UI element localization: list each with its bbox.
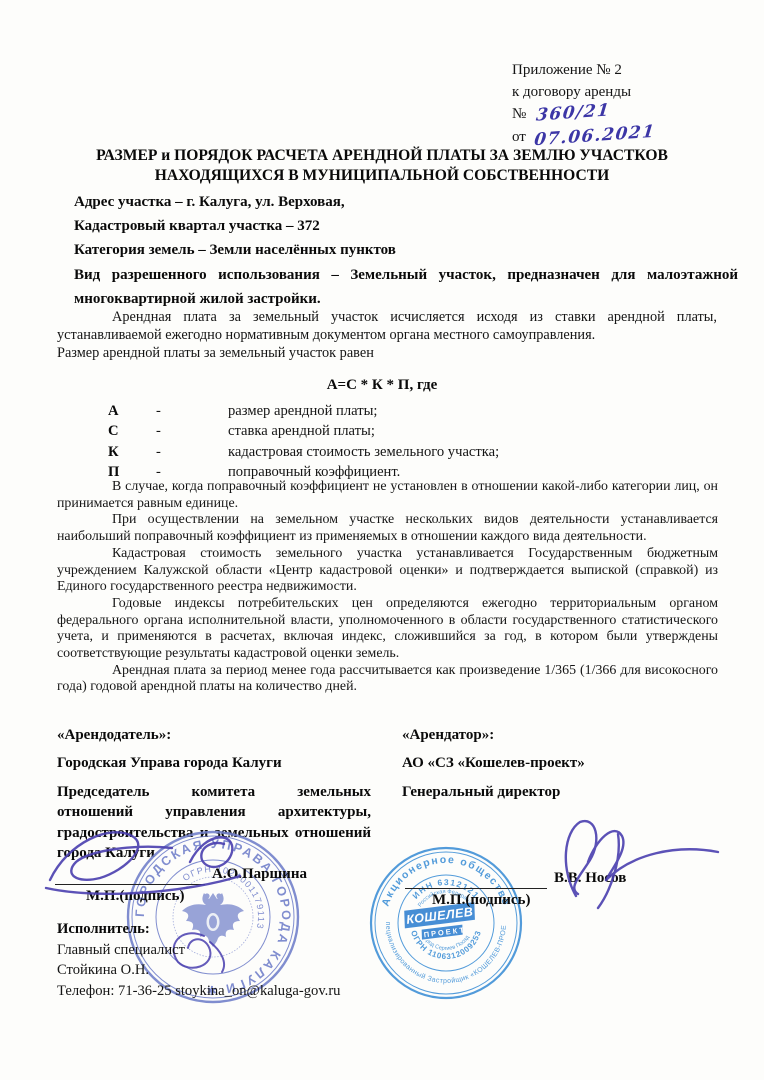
lessee-header: «Арендатор»:	[402, 727, 712, 744]
nosov-handwritten-signature	[520, 808, 730, 913]
body-paragraph: При осуществлении на земельном участке н…	[57, 512, 718, 545]
definition-row: А - размер арендной платы;	[0, 403, 700, 423]
body-paragraph: Арендная плата за период менее года расс…	[57, 663, 718, 696]
definition-dash: -	[156, 423, 161, 440]
appendix-header: Приложение № 2 к договору аренды № 360/2…	[512, 60, 742, 148]
contract-number-handwritten: 360/21	[535, 100, 611, 127]
date-label: от	[512, 129, 526, 145]
definition-row: К - кадастровая стоимость земельного уча…	[0, 444, 700, 464]
executor-phone: Телефон: 71-36-25 stoykina_on@kaluga-gov…	[57, 981, 387, 1002]
contract-reference-line: к договору аренды	[512, 82, 742, 104]
title-line-2: НАХОДЯЩИХСЯ В МУНИЦИПАЛЬНОЙ СОБСТВЕННОСТ…	[0, 166, 764, 186]
lessor-organization: Городская Управа города Калуги	[57, 755, 371, 772]
executor-label: Исполнитель:	[57, 919, 387, 940]
intro-paragraph-2: Размер арендной платы за земельный участ…	[57, 344, 717, 362]
definition-dash: -	[156, 403, 161, 420]
number-label: №	[512, 106, 526, 122]
property-description: Адрес участка – г. Калуга, ул. Верховая,…	[74, 190, 738, 311]
lessee-seal-note: М.П.(подпись)	[432, 892, 531, 909]
definition-symbol: А	[108, 403, 119, 420]
property-permitted-use: Вид разрешенного использования – Земельн…	[74, 263, 738, 311]
definition-row: С - ставка арендной платы;	[0, 423, 700, 443]
contract-date-line: от 07.06.2021	[512, 126, 742, 149]
property-land-category: Категория земель – Земли населённых пунк…	[74, 238, 738, 262]
definition-symbol: С	[108, 423, 119, 440]
property-cadastral-block: Кадастровый квартал участка – 372	[74, 214, 738, 238]
contract-number-line: № 360/21	[512, 103, 742, 126]
definition-text: ставка арендной платы;	[228, 423, 375, 440]
body-paragraph: В случае, когда поправочный коэффициент …	[57, 479, 718, 512]
definition-symbol: К	[108, 444, 119, 461]
property-address: Адрес участка – г. Калуга, ул. Верховая,	[74, 190, 738, 214]
formula-definitions: А - размер арендной платы; С - ставка ар…	[0, 403, 700, 484]
lessee-position: Генеральный директор	[402, 782, 712, 802]
executor-block: Исполнитель: Главный специалист Стойкина…	[57, 919, 387, 1001]
lessor-header: «Арендодатель»:	[57, 727, 371, 744]
body-paragraph: Кадастровая стоимость земельного участка…	[57, 546, 718, 596]
lessee-block: «Арендатор»: АО «СЗ «Кошелев-проект» Ген…	[402, 727, 712, 802]
title-line-1: РАЗМЕР и ПОРЯДОК РАСЧЕТА АРЕНДНОЙ ПЛАТЫ …	[0, 146, 764, 166]
parshina-handwritten-signature	[40, 820, 280, 912]
scanned-lease-appendix-document: Приложение № 2 к договору аренды № 360/2…	[0, 0, 764, 1080]
intro-paragraph: Арендная плата за земельный участок исчи…	[57, 308, 717, 344]
lessee-organization: АО «СЗ «Кошелев-проект»	[402, 755, 712, 772]
appendix-number-line: Приложение № 2	[512, 60, 742, 82]
document-title: РАЗМЕР и ПОРЯДОК РАСЧЕТА АРЕНДНОЙ ПЛАТЫ …	[0, 146, 764, 186]
rent-formula: А=С * К * П, где	[0, 377, 764, 394]
intro-section: Арендная плата за земельный участок исчи…	[57, 308, 717, 363]
executor-position: Главный специалист	[57, 940, 387, 961]
body-paragraph: Годовые индексы потребительских цен опре…	[57, 596, 718, 663]
definition-text: кадастровая стоимость земельного участка…	[228, 444, 499, 461]
definition-text: размер арендной платы;	[228, 403, 377, 420]
executor-name: Стойкина О.Н.	[57, 960, 387, 981]
koshelev-project-round-stamp: Акционерное общество «Специализированный…	[367, 844, 525, 1002]
body-paragraphs: В случае, когда поправочный коэффициент …	[57, 479, 718, 696]
definition-dash: -	[156, 444, 161, 461]
